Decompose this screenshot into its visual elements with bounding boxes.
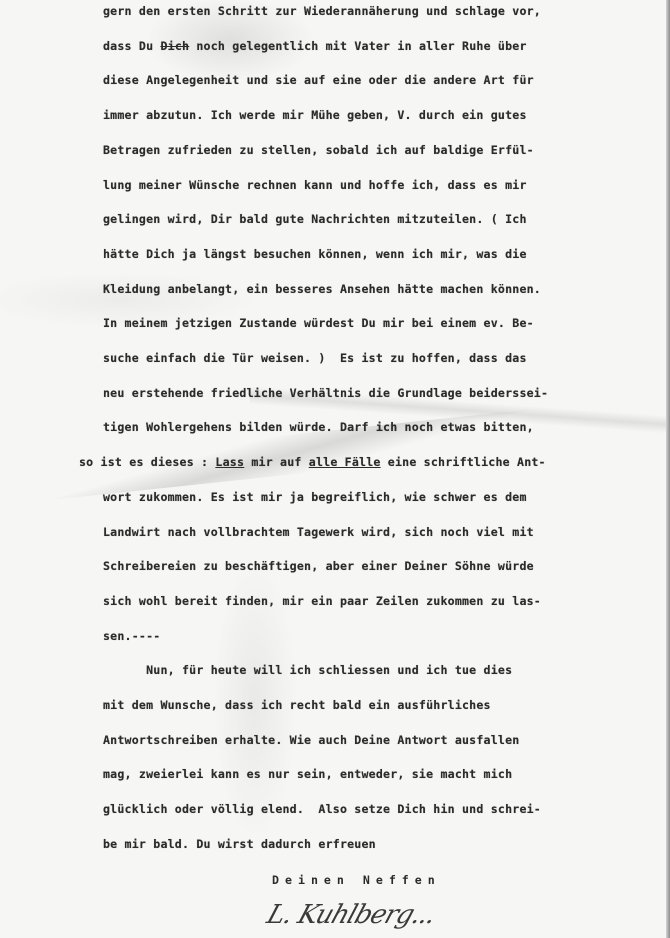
letter-line: immer abzutun. Ich werde mir Mühe geben,… [103,108,527,122]
text-run: sen.---- [103,629,160,643]
text-run: so ist es dieses : [79,455,215,469]
letter-line: gelingen wird, Dir bald gute Nachrichten… [103,212,527,226]
letter-line: be mir bald. Du wirst dadurch erfreuen [103,837,376,851]
letter-line: tigen Wohlergehens bilden würde. Darf ic… [103,420,534,434]
letter-line: mag, zweierlei kann es nur sein, entwede… [103,767,512,781]
fold-crease [0,395,670,505]
text-run: suche einfach die Tür weisen. ) Es ist z… [103,351,527,365]
text-run: neu erstehende friedliche Verhältnis die… [103,386,548,400]
text-run: Nun, für heute will ich schliessen und i… [103,663,512,677]
text-run: Kleidung anbelangt, ein besseres Ansehen… [103,282,541,296]
text-run: sich wohl bereit finden, mir ein paar Ze… [103,594,541,608]
text-run: mit dem Wunsche, dass ich recht bald ein… [103,698,491,712]
letter-line: Schreibereien zu beschäftigen, aber eine… [103,559,534,573]
letter-line: sen.---- [103,629,160,643]
letter-line: dass Du Dich noch gelegentlich mit Vater… [103,39,527,53]
text-run: be mir bald. Du wirst dadurch erfreuen [103,837,376,851]
text-run: wort zukommen. Es ist mir ja begreiflich… [103,490,527,504]
letter-line: neu erstehende friedliche Verhältnis die… [103,386,548,400]
letter-line: glücklich oder völlig elend. Also setze … [103,802,541,816]
text-run: gern den ersten Schritt zur Wiederannähe… [103,4,541,18]
letter-line: wort zukommen. Es ist mir ja begreiflich… [103,490,527,504]
letter-line: Antwortschreiben erhalte. Wie auch Deine… [103,733,519,747]
letter-line: sich wohl bereit finden, mir ein paar Ze… [103,594,541,608]
letter-line: hätte Dich ja längst besuchen können, we… [103,247,527,261]
underlined-word: alle Fälle [309,455,381,469]
letter-line: gern den ersten Schritt zur Wiederannähe… [103,4,541,18]
text-run: Schreibereien zu beschäftigen, aber eine… [103,559,534,573]
letter-line: Nun, für heute will ich schliessen und i… [103,663,512,677]
letter-line: diese Angelegenheit und sie auf eine ode… [103,73,534,87]
letter-line: Landwirt nach vollbrachtem Tagewerk wird… [103,525,534,539]
text-run: glücklich oder völlig elend. Also setze … [103,802,541,816]
text-run: Landwirt nach vollbrachtem Tagewerk wird… [103,525,534,539]
closing-line: Deinen Neffen [272,873,441,887]
letter-line: lung meiner Wünsche rechnen kann und hof… [103,178,527,192]
text-run: diese Angelegenheit und sie auf eine ode… [103,73,534,87]
text-run: immer abzutun. Ich werde mir Mühe geben,… [103,108,527,122]
letter-line: suche einfach die Tür weisen. ) Es ist z… [103,351,527,365]
text-run: gelingen wird, Dir bald gute Nachrichten… [103,212,527,226]
page-edge [666,0,670,938]
struck-word: Dich [160,39,189,53]
text-run: dass Du [103,39,160,53]
text-run: Betragen zufrieden zu stellen, sobald ic… [103,143,534,157]
handwritten-signature: L. Kuhlberg... [263,900,439,930]
document-page: gern den ersten Schritt zur Wiederannähe… [0,0,670,938]
letter-line: so ist es dieses : Lass mir auf alle Fäl… [79,455,546,469]
letter-line: Betragen zufrieden zu stellen, sobald ic… [103,143,534,157]
text-run: tigen Wohlergehens bilden würde. Darf ic… [103,420,534,434]
letter-line: Kleidung anbelangt, ein besseres Ansehen… [103,282,541,296]
underlined-word: Lass [215,455,244,469]
letter-line: In meinem jetzigen Zustande würdest Du m… [103,316,534,330]
text-run: noch gelegentlich mit Vater in aller Ruh… [189,39,526,53]
text-run: In meinem jetzigen Zustande würdest Du m… [103,316,534,330]
text-run: mir auf [244,455,309,469]
text-run: Antwortschreiben erhalte. Wie auch Deine… [103,733,519,747]
text-run: mag, zweierlei kann es nur sein, entwede… [103,767,512,781]
letter-line: mit dem Wunsche, dass ich recht bald ein… [103,698,491,712]
text-run: lung meiner Wünsche rechnen kann und hof… [103,178,527,192]
text-run: hätte Dich ja längst besuchen können, we… [103,247,527,261]
text-run: eine schriftliche Ant- [381,455,546,469]
